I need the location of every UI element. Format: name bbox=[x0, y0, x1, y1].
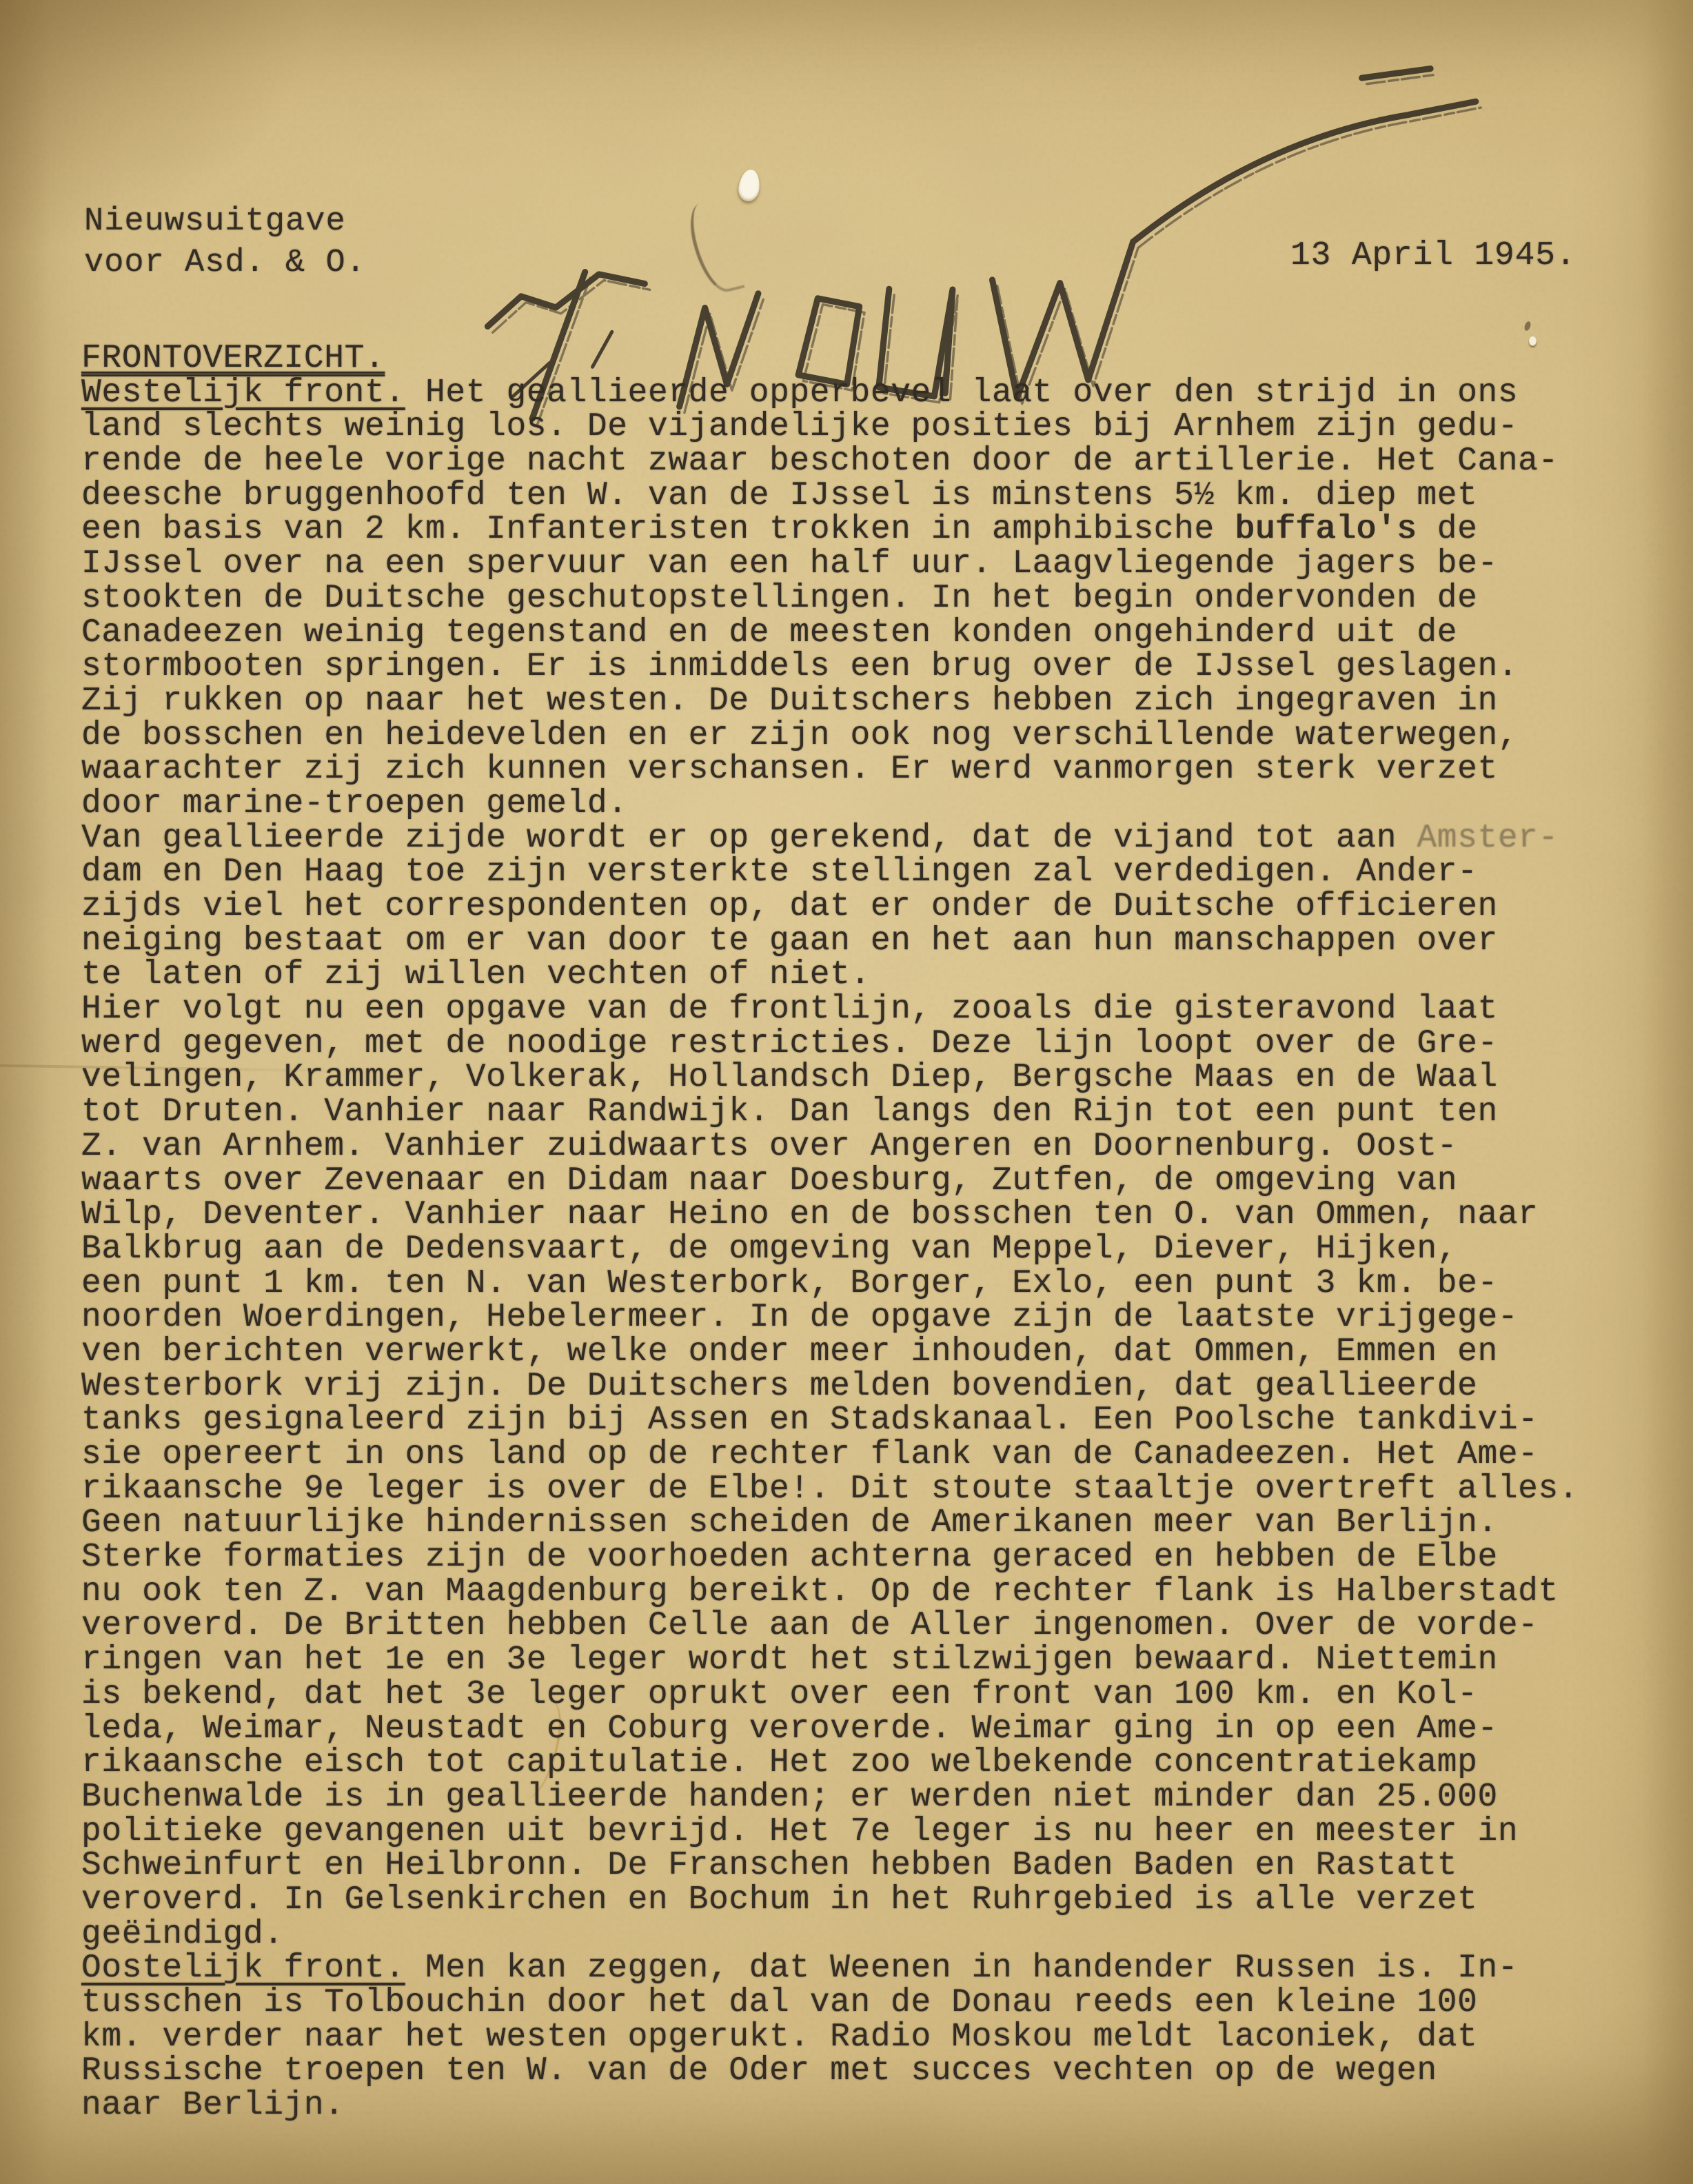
text-segment: waarts over Zevenaar en Didam naar Doesb… bbox=[81, 1162, 1457, 1200]
text-line: rende de heele vorige nacht zwaar bescho… bbox=[81, 445, 1653, 479]
text-line: rikaansche eisch tot capitulatie. Het zo… bbox=[81, 1746, 1653, 1781]
text-line: tusschen is Tolbouchin door het dal van … bbox=[81, 1986, 1653, 2021]
underlined-heading: FRONTOVERZICHT. bbox=[81, 340, 385, 377]
text-segment: land slechts weinig los. De vijandelijke… bbox=[81, 408, 1518, 445]
text-segment: deesche bruggenhoofd ten W. van de IJsse… bbox=[81, 477, 1477, 514]
text-line: Canadeezen weinig tegenstand en de meest… bbox=[81, 616, 1653, 651]
text-line: land slechts weinig los. De vijandelijke… bbox=[81, 410, 1653, 445]
text-line: politieke gevangenen uit bevrijd. Het 7e… bbox=[81, 1815, 1653, 1850]
text-line: is bekend, dat het 3e leger oprukt over … bbox=[81, 1678, 1653, 1712]
text-segment: een basis van 2 km. Infanteristen trokke… bbox=[81, 511, 1235, 548]
text-segment: waarachter zij zich kunnen verschansen. … bbox=[81, 751, 1498, 788]
text-line: Schweinfurt en Heilbronn. De Franschen h… bbox=[81, 1849, 1653, 1883]
text-segment: ven berichten verwerkt, welke onder meer… bbox=[81, 1333, 1498, 1371]
text-segment: naar Berlijn. bbox=[81, 2087, 345, 2124]
text-segment: Balkbrug aan de Dedensvaart, de omgeving… bbox=[81, 1231, 1457, 1268]
text-segment: Z. van Arnhem. Vanhier zuidwaarts over A… bbox=[81, 1128, 1457, 1165]
body-lines: FRONTOVERZICHT.Westelijk front. Het geal… bbox=[81, 342, 1653, 2123]
text-segment: veroverd. De Britten hebben Celle aan de… bbox=[81, 1607, 1539, 1644]
text-line: door marine-troepen gemeld. bbox=[81, 787, 1653, 822]
text-segment: is bekend, dat het 3e leger oprukt over … bbox=[81, 1676, 1477, 1713]
text-line: tanks gesignaleerd zijn bij Assen en Sta… bbox=[81, 1404, 1653, 1438]
issue-date: 13 April 1945. bbox=[1290, 237, 1576, 274]
text-segment: zijds viel het correspondenten op, dat e… bbox=[81, 888, 1498, 925]
text-segment: Van geallieerde zijde wordt er op gereke… bbox=[81, 820, 1417, 857]
text-line: waarachter zij zich kunnen verschansen. … bbox=[81, 753, 1653, 787]
text-segment: km. verder naar het westen opgerukt. Rad… bbox=[81, 2019, 1477, 2056]
text-segment: leda, Weimar, Neustadt en Coburg verover… bbox=[81, 1710, 1498, 1748]
text-line: Z. van Arnhem. Vanhier zuidwaarts over A… bbox=[81, 1130, 1653, 1164]
text-line: stookten de Duitsche geschutopstellingen… bbox=[81, 582, 1653, 616]
text-line: Zij rukken op naar het westen. De Duitsc… bbox=[81, 685, 1653, 719]
text-segment: Schweinfurt en Heilbronn. De Franschen h… bbox=[81, 1847, 1457, 1884]
text-line: ringen van het 1e en 3e leger wordt het … bbox=[81, 1644, 1653, 1678]
publisher-block: Nieuwsuitgave voor Asd. & O. bbox=[84, 201, 366, 284]
text-segment: werd gegeven, met de noodige restricties… bbox=[81, 1025, 1498, 1062]
text-line: Geen natuurlijke hindernissen scheiden d… bbox=[81, 1506, 1653, 1541]
text-line: noorden Woerdingen, Hebelermeer. In de o… bbox=[81, 1301, 1653, 1335]
text-segment: rende de heele vorige nacht zwaar bescho… bbox=[81, 443, 1559, 480]
text-line: de bosschen en heidevelden en er zijn oo… bbox=[81, 719, 1653, 754]
text-line: km. verder naar het westen opgerukt. Rad… bbox=[81, 2021, 1653, 2055]
text-segment: IJssel over na een spervuur van een half… bbox=[81, 545, 1498, 583]
text-segment: Buchenwalde is in geallieerde handen; er… bbox=[81, 1779, 1498, 1816]
text-segment: stookten de Duitsche geschutopstellingen… bbox=[81, 580, 1477, 617]
text-line: veroverd. De Britten hebben Celle aan de… bbox=[81, 1609, 1653, 1644]
text-line: rikaansche 9e leger is over de Elbe!. Di… bbox=[81, 1473, 1653, 1507]
text-segment: Hier volgt nu een opgave van de frontlij… bbox=[81, 991, 1498, 1028]
text-segment: de bbox=[1417, 511, 1477, 548]
underlined-heading: Oostelijk front. bbox=[81, 1950, 405, 1987]
text-segment: Russische troepen ten W. van de Oder met… bbox=[81, 2052, 1437, 2090]
text-line: deesche bruggenhoofd ten W. van de IJsse… bbox=[81, 479, 1653, 514]
text-segment: sie opereert in ons land op de rechter f… bbox=[81, 1436, 1539, 1473]
text-line: werd gegeven, met de noodige restricties… bbox=[81, 1027, 1653, 1062]
text-segment: stormbooten springen. Er is inmiddels ee… bbox=[81, 648, 1518, 685]
text-line: ven berichten verwerkt, welke onder meer… bbox=[81, 1335, 1653, 1370]
text-line: Oostelijk front. Men kan zeggen, dat Wee… bbox=[81, 1952, 1653, 1986]
text-line: zijds viel het correspondenten op, dat e… bbox=[81, 890, 1653, 924]
text-line: Wilp, Deventer. Vanhier naar Heino en de… bbox=[81, 1198, 1653, 1233]
text-line: dam en Den Haag toe zijn versterkte stel… bbox=[81, 856, 1653, 890]
text-segment: tusschen is Tolbouchin door het dal van … bbox=[81, 1984, 1477, 2021]
text-segment: dam en Den Haag toe zijn versterkte stel… bbox=[81, 853, 1477, 891]
text-line: Hier volgt nu een opgave van de frontlij… bbox=[81, 993, 1653, 1027]
text-segment: Amster- bbox=[1417, 820, 1558, 857]
text-segment: tanks gesignaleerd zijn bij Assen en Sta… bbox=[81, 1402, 1539, 1439]
text-line: Russische troepen ten W. van de Oder met… bbox=[81, 2054, 1653, 2089]
text-line: een basis van 2 km. Infanteristen trokke… bbox=[81, 513, 1653, 547]
underlined-heading: Westelijk front. bbox=[81, 374, 405, 412]
text-line: stormbooten springen. Er is inmiddels ee… bbox=[81, 650, 1653, 685]
text-segment: Het geallieerde opperbevel laat over den… bbox=[405, 374, 1519, 412]
text-line: neiging bestaat om er van door te gaan e… bbox=[81, 924, 1653, 959]
text-line: IJssel over na een spervuur van een half… bbox=[81, 547, 1653, 582]
text-segment: de bosschen en heidevelden en er zijn oo… bbox=[81, 717, 1518, 754]
text-line: sie opereert in ons land op de rechter f… bbox=[81, 1438, 1653, 1473]
text-segment: Zij rukken op naar het westen. De Duitsc… bbox=[81, 682, 1498, 720]
text-segment: nu ook ten Z. van Maagdenburg bereikt. O… bbox=[81, 1573, 1559, 1610]
text-segment: rikaansche eisch tot capitulatie. Het zo… bbox=[81, 1744, 1477, 1781]
text-segment: ringen van het 1e en 3e leger wordt het … bbox=[81, 1641, 1498, 1679]
text-segment: een punt 1 km. ten N. van Westerbork, Bo… bbox=[81, 1265, 1498, 1302]
text-line: FRONTOVERZICHT. bbox=[81, 342, 1653, 376]
publisher-line1: Nieuwsuitgave bbox=[84, 203, 346, 240]
pinhole bbox=[1529, 336, 1537, 346]
text-segment: rikaansche 9e leger is over de Elbe!. Di… bbox=[81, 1470, 1579, 1508]
text-line: een punt 1 km. ten N. van Westerbork, Bo… bbox=[81, 1267, 1653, 1302]
text-line: naar Berlijn. bbox=[81, 2089, 1653, 2123]
text-line: Sterke formaties zijn de voorhoeden acht… bbox=[81, 1541, 1653, 1575]
text-segment: door marine-troepen gemeld. bbox=[81, 785, 628, 822]
text-segment: Canadeezen weinig tegenstand en de meest… bbox=[81, 614, 1457, 651]
text-segment: Men kan zeggen, dat Weenen in handender … bbox=[405, 1950, 1519, 1987]
text-segment: buffalo's bbox=[1235, 511, 1417, 548]
text-segment: Westerbork vrij zijn. De Duitschers meld… bbox=[81, 1368, 1477, 1405]
text-segment: Sterke formaties zijn de voorhoeden acht… bbox=[81, 1539, 1498, 1576]
text-segment: Wilp, Deventer. Vanhier naar Heino en de… bbox=[81, 1196, 1539, 1233]
publisher-line2: voor Asd. & O. bbox=[84, 245, 366, 281]
text-line: leda, Weimar, Neustadt en Coburg verover… bbox=[81, 1712, 1653, 1747]
text-segment: tot Druten. Vanhier naar Randwijk. Dan l… bbox=[81, 1093, 1498, 1131]
text-line: veroverd. In Gelsenkirchen en Bochum in … bbox=[81, 1883, 1653, 1918]
text-segment: te laten of zij willen vechten of niet. bbox=[81, 956, 871, 993]
text-line: Balkbrug aan de Dedensvaart, de omgeving… bbox=[81, 1233, 1653, 1267]
text-line: nu ook ten Z. van Maagdenburg bereikt. O… bbox=[81, 1575, 1653, 1610]
text-line: Van geallieerde zijde wordt er op gereke… bbox=[81, 822, 1653, 856]
text-line: velingen, Krammer, Volkerak, Hollandsch … bbox=[81, 1061, 1653, 1095]
text-line: Westerbork vrij zijn. De Duitschers meld… bbox=[81, 1370, 1653, 1404]
text-line: tot Druten. Vanhier naar Randwijk. Dan l… bbox=[81, 1095, 1653, 1130]
text-segment: politieke gevangenen uit bevrijd. Het 7e… bbox=[81, 1813, 1518, 1850]
text-segment: Geen natuurlijke hindernissen scheiden d… bbox=[81, 1504, 1498, 1541]
text-segment: veroverd. In Gelsenkirchen en Bochum in … bbox=[81, 1881, 1477, 1919]
text-line: te laten of zij willen vechten of niet. bbox=[81, 958, 1653, 993]
scanned-document-page: { "document": { "publication": { "line1"… bbox=[0, 0, 1693, 2184]
text-segment: noorden Woerdingen, Hebelermeer. In de o… bbox=[81, 1299, 1518, 1336]
text-segment: geëindigd. bbox=[81, 1916, 284, 1953]
text-line: waarts over Zevenaar en Didam naar Doesb… bbox=[81, 1164, 1653, 1199]
text-line: Westelijk front. Het geallieerde opperbe… bbox=[81, 376, 1653, 411]
text-segment: velingen, Krammer, Volkerak, Hollandsch … bbox=[81, 1059, 1498, 1096]
text-segment: neiging bestaat om er van door te gaan e… bbox=[81, 922, 1498, 960]
text-line: Buchenwalde is in geallieerde handen; er… bbox=[81, 1781, 1653, 1815]
text-line: geëindigd. bbox=[81, 1918, 1653, 1952]
